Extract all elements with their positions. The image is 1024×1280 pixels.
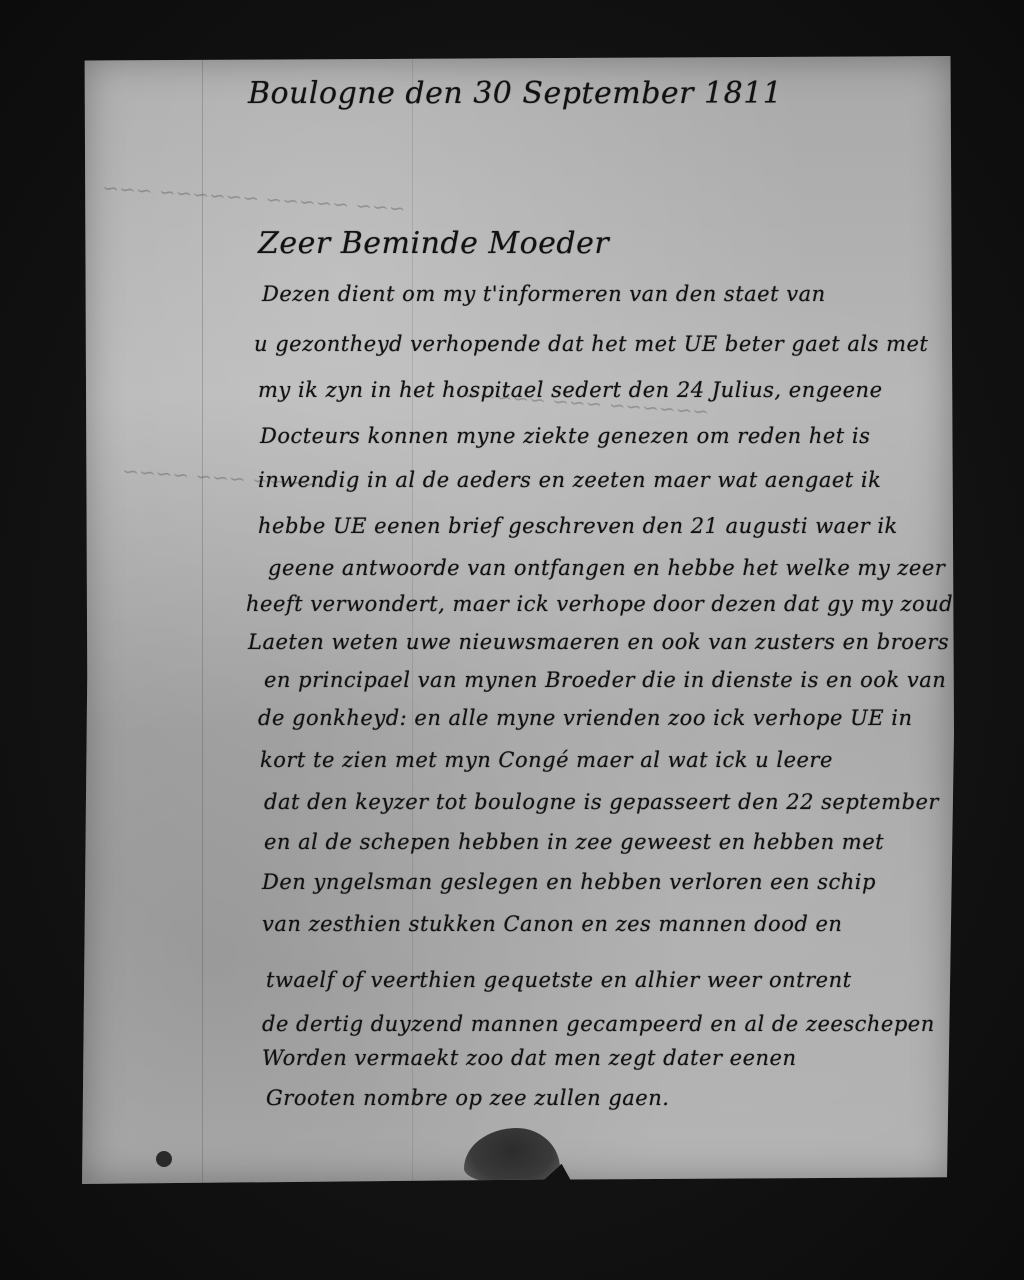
letter-line: en al de schepen hebben in zee geweest e… [264, 830, 884, 854]
letter-page: ~~~ ~~~~~ ~~~~~~ ~~~ ~~~~~ ~~~ ~~~~ ~~~~… [82, 56, 954, 1184]
ink-spot [156, 1151, 172, 1167]
letter-line: u gezontheyd verhopende dat het met UE b… [254, 332, 928, 356]
letter-line: geene antwoorde van ontfangen en hebbe h… [268, 556, 945, 580]
scan-background: ~~~ ~~~~~ ~~~~~~ ~~~ ~~~~~ ~~~ ~~~~ ~~~~… [0, 0, 1024, 1280]
salutation: Zeer Beminde Moeder [258, 226, 609, 261]
letter-line: Den yngelsman geslegen en hebben verlore… [262, 870, 876, 894]
letter-line: en principael van mynen Broeder die in d… [264, 668, 946, 692]
letter-line: twaelf of veerthien gequetste en alhier … [266, 968, 852, 992]
letter-line: Laeten weten uwe nieuwsmaeren en ook van… [248, 630, 949, 654]
letter-text: Boulogne den 30 September 1811 Zeer Bemi… [82, 56, 954, 1184]
letter-line: de gonkheyd: en alle myne vrienden zoo i… [258, 706, 913, 730]
letter-line: Worden vermaekt zoo dat men zegt dater e… [262, 1046, 797, 1070]
letter-line: van zesthien stukken Canon en zes mannen… [262, 912, 842, 936]
letter-line: dat den keyzer tot boulogne is gepasseer… [264, 790, 939, 814]
letter-line: heeft verwondert, maer ick verhope door … [246, 592, 966, 616]
letter-line: Grooten nombre op zee zullen gaen. [266, 1086, 669, 1110]
letter-line: kort te zien met myn Congé maer al wat i… [260, 748, 833, 772]
letter-line: inwendig in al de aeders en zeeten maer … [258, 468, 881, 492]
letter-line: de dertig duyzend mannen gecampeerd en a… [262, 1012, 935, 1036]
letter-line: my ik zyn in het hospitael sedert den 24… [258, 378, 883, 402]
letter-line: Docteurs konnen myne ziekte genezen om r… [260, 424, 870, 448]
letter-line: Dezen dient om my t'informeren van den s… [262, 282, 826, 306]
place-date: Boulogne den 30 September 1811 [248, 76, 782, 111]
letter-line: hebbe UE eenen brief geschreven den 21 a… [258, 514, 898, 538]
